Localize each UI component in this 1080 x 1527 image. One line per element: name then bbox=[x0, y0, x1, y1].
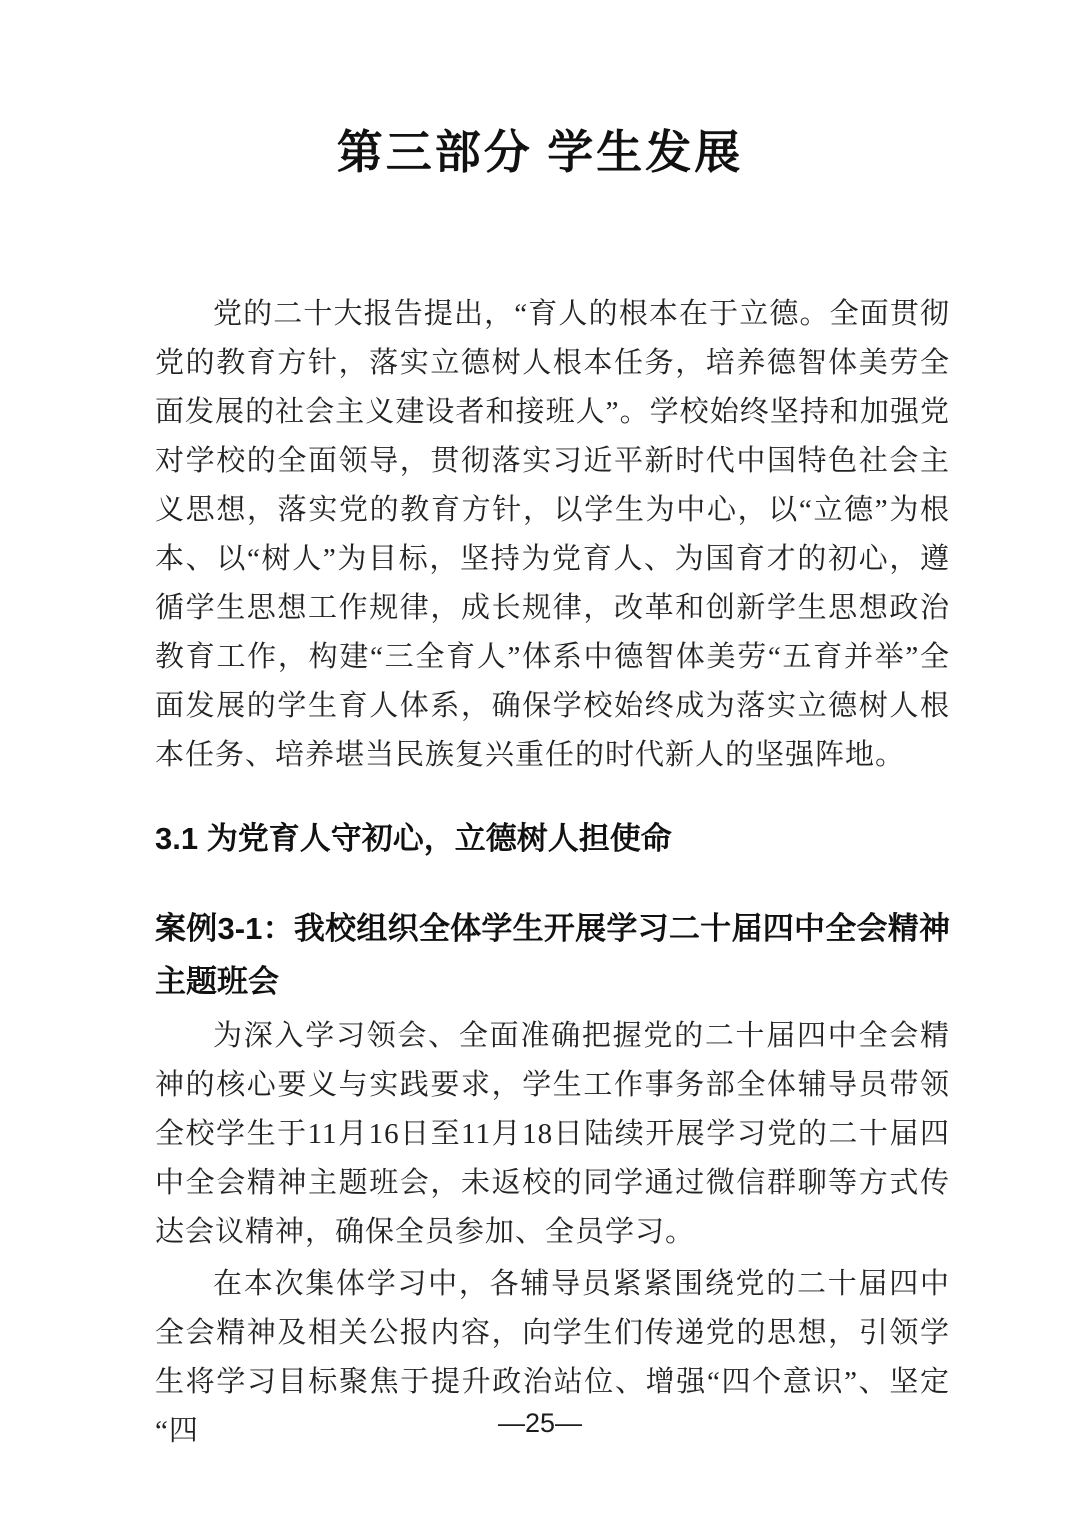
case-heading-3-1: 案例3-1：我校组织全体学生开展学习二十届四中全会精神主题班会 bbox=[155, 902, 950, 1008]
document-page: 第三部分 学生发展 党的二十大报告提出，“育人的根本在于立德。全面贯彻党的教育方… bbox=[0, 0, 1080, 1527]
page-number: —25— bbox=[0, 1406, 1080, 1440]
case-paragraph-1: 为深入学习领会、全面准确把握党的二十届四中全会精神的核心要义与实践要求，学生工作… bbox=[155, 1012, 950, 1257]
section-heading-3-1: 3.1 为党育人守初心，立德树人担使命 bbox=[155, 818, 950, 860]
page-content: 党的二十大报告提出，“育人的根本在于立德。全面贯彻党的教育方针，落实立德树人根本… bbox=[0, 290, 1080, 1456]
intro-paragraph: 党的二十大报告提出，“育人的根本在于立德。全面贯彻党的教育方针，落实立德树人根本… bbox=[155, 290, 950, 780]
page-title: 第三部分 学生发展 bbox=[0, 0, 1080, 180]
